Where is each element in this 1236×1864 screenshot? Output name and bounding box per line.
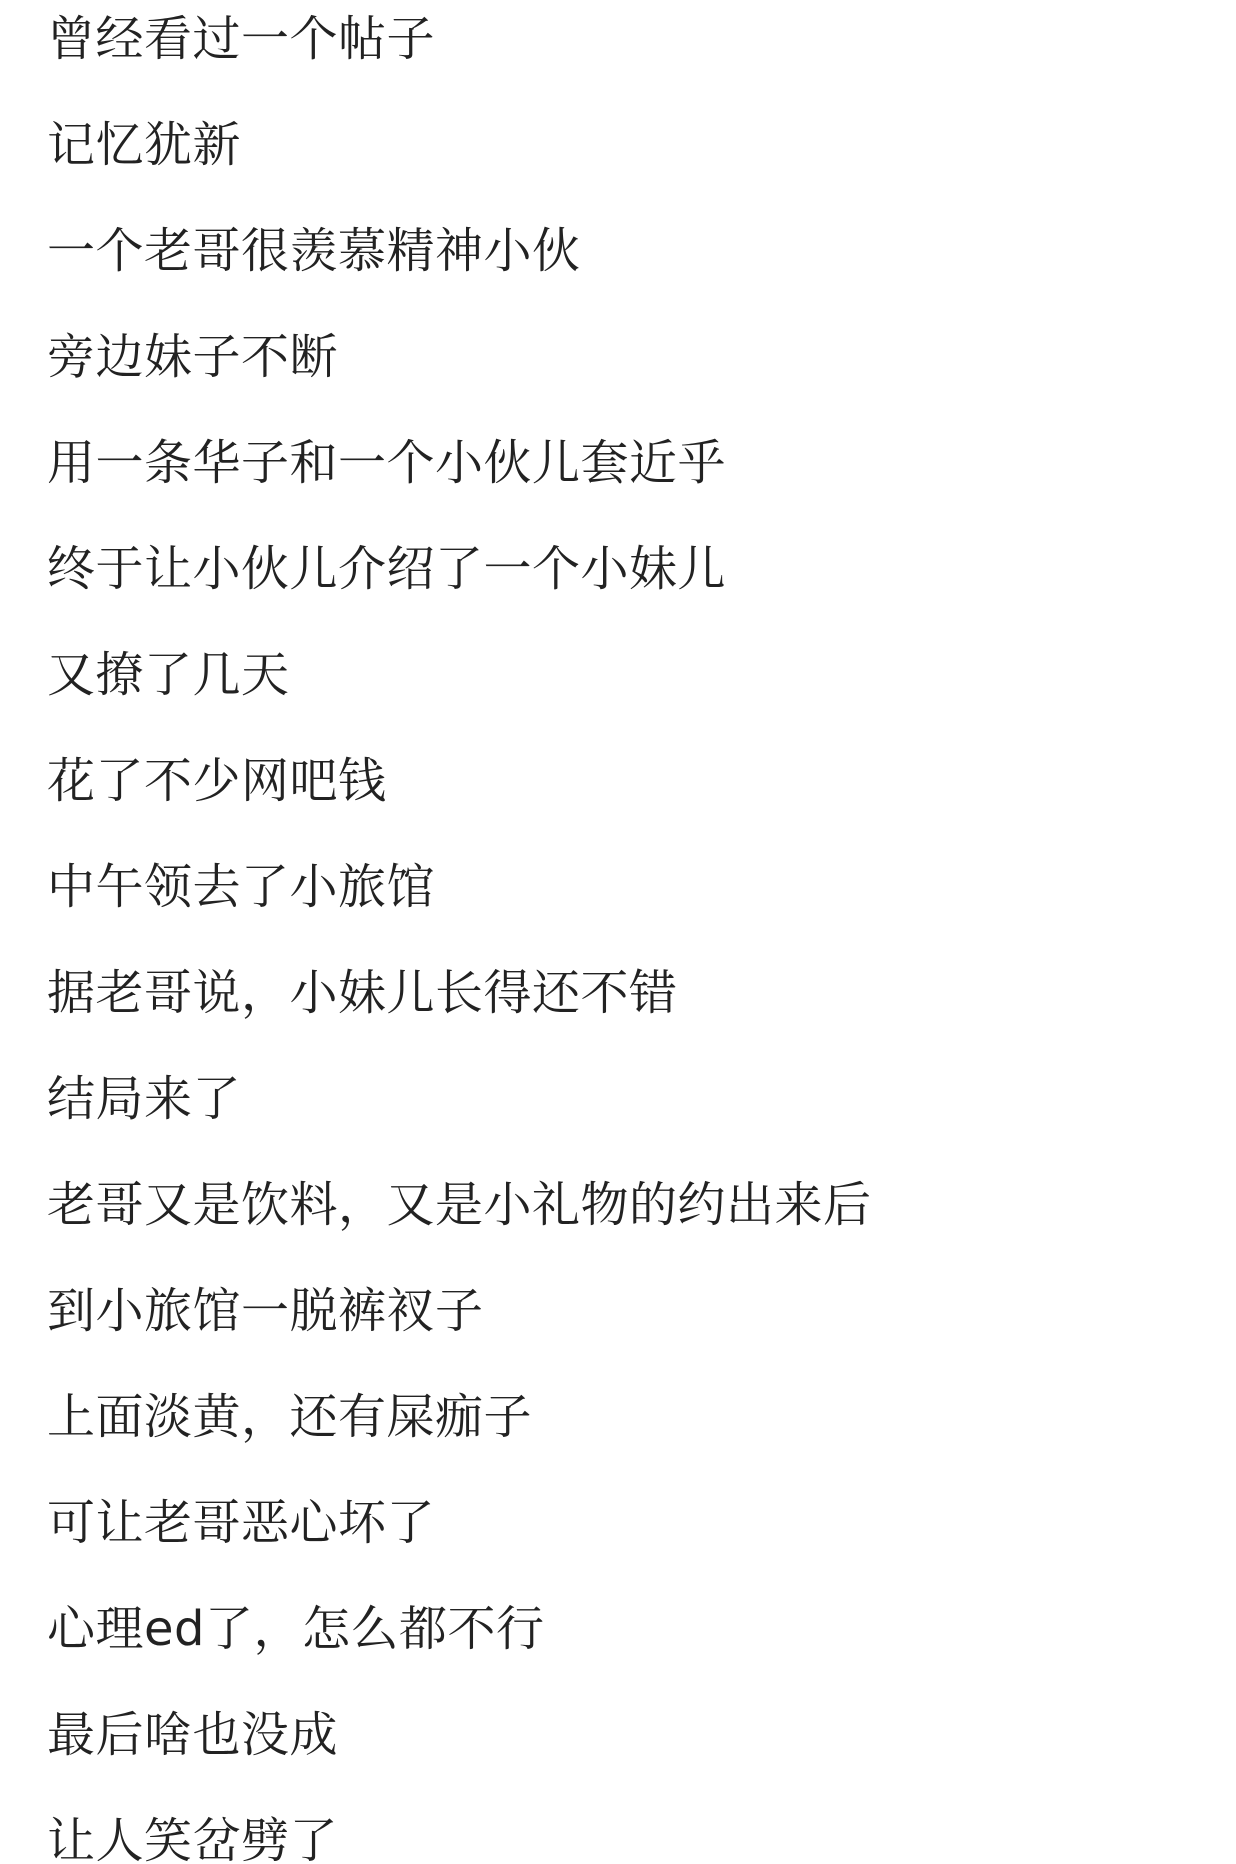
text-line: 据老哥说，小妹儿长得还不错 xyxy=(47,966,1206,1020)
text-line: 一个老哥很羡慕精神小伙 xyxy=(47,224,1206,278)
text-line: 可让老哥恶心坏了 xyxy=(47,1496,1206,1550)
text-line: 上面淡黄，还有屎痂子 xyxy=(47,1390,1206,1444)
text-line: 心理ed了，怎么都不行 xyxy=(47,1602,1206,1656)
text-line: 让人笑岔劈了 xyxy=(47,1814,1206,1864)
post-page: 曾经看过一个帖子 记忆犹新 一个老哥很羡慕精神小伙 旁边妹子不断 用一条华子和一… xyxy=(0,0,1236,1864)
text-line: 用一条华子和一个小伙儿套近乎 xyxy=(47,436,1206,490)
text-line: 老哥又是饮料，又是小礼物的约出来后 xyxy=(47,1178,1206,1232)
text-line: 终于让小伙儿介绍了一个小妹儿 xyxy=(47,542,1206,596)
text-line: 到小旅馆一脱裤衩子 xyxy=(47,1284,1206,1338)
text-line: 曾经看过一个帖子 xyxy=(47,12,1206,66)
text-line: 中午领去了小旅馆 xyxy=(47,860,1206,914)
text-line: 旁边妹子不断 xyxy=(47,330,1206,384)
text-line: 最后啥也没成 xyxy=(47,1708,1206,1762)
text-line: 结局来了 xyxy=(47,1072,1206,1126)
post-text-block: 曾经看过一个帖子 记忆犹新 一个老哥很羡慕精神小伙 旁边妹子不断 用一条华子和一… xyxy=(0,0,1236,1864)
text-line: 又撩了几天 xyxy=(47,648,1206,702)
text-line: 花了不少网吧钱 xyxy=(47,754,1206,808)
text-line: 记忆犹新 xyxy=(47,118,1206,172)
